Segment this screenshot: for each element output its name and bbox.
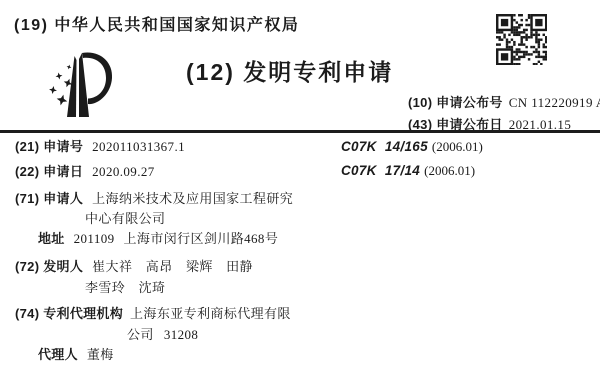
agent-label: 代理人 xyxy=(38,347,78,363)
ipc-version-1: (2006.01) xyxy=(432,139,483,155)
office-name: (19) 中华人民共和国国家知识产权局 xyxy=(14,12,299,35)
address-postcode: 201109 xyxy=(74,231,115,247)
ipc-entry-2: C07K 17/14 (2006.01) xyxy=(341,163,475,179)
inventors-label: (72) 发明人 xyxy=(15,259,83,275)
application-date-line: (22) 申请日 2020.09.27 xyxy=(15,164,155,180)
inventors-line: (72) 发明人 崔大祥 高昂 梁辉 田静 xyxy=(15,259,253,275)
logo-star-1 xyxy=(66,64,72,70)
document-title: (12) 发明专利申请 xyxy=(186,54,393,87)
application-number-label: (21) 申请号 xyxy=(15,139,83,155)
agency-code: 31208 xyxy=(164,327,199,343)
cnipa-logo-icon xyxy=(48,50,118,120)
publication-number-label: (10) 申请公布号 xyxy=(408,92,503,111)
agency-line-2: 公司 31208 xyxy=(127,327,198,343)
ipc-code-1: C07K 14/165 xyxy=(341,139,428,155)
applicant-name-line1: 上海纳米技术及应用国家工程研究 xyxy=(92,191,293,207)
publication-number-line: (10) 申请公布号 CN 112220919 A xyxy=(408,92,600,111)
address-line: 地址 201109 上海市闵行区剑川路468号 xyxy=(38,231,278,247)
header-divider xyxy=(0,130,600,133)
agency-line: (74) 专利代理机构 上海东亚专利商标代理有限 xyxy=(15,306,291,322)
application-date-value: 2020.09.27 xyxy=(92,164,155,180)
application-number-line: (21) 申请号 202011031367.1 xyxy=(15,139,185,155)
publication-block: (10) 申请公布号 CN 112220919 A (43) 申请公布日 202… xyxy=(408,92,600,133)
qr-code xyxy=(496,14,548,66)
logo-star-2 xyxy=(55,72,63,80)
agent-name: 董梅 xyxy=(87,347,114,363)
application-date-label: (22) 申请日 xyxy=(15,164,83,180)
applicant-label: (71) 申请人 xyxy=(15,191,83,207)
applicant-line-2: 中心有限公司 xyxy=(85,211,165,227)
applicant-name-line2: 中心有限公司 xyxy=(85,211,165,227)
application-number-value: 202011031367.1 xyxy=(92,139,185,155)
agency-label: (74) 专利代理机构 xyxy=(15,306,123,322)
ipc-entry-1: C07K 14/165 (2006.01) xyxy=(341,139,483,155)
agency-name-line2: 公司 xyxy=(127,327,154,343)
ipc-code-2: C07K 17/14 xyxy=(341,163,420,179)
logo-star-4 xyxy=(48,85,57,94)
inventors-names-line2: 李雪玲 沈琦 xyxy=(85,280,165,296)
agency-name-line1: 上海东亚专利商标代理有限 xyxy=(130,306,291,322)
logo-right-tower xyxy=(79,53,89,117)
publication-number-value: CN 112220919 A xyxy=(509,95,600,111)
address-value: 上海市闵行区剑川路468号 xyxy=(124,231,279,247)
inventors-names-line1: 崔大祥 高昂 梁辉 田静 xyxy=(92,259,253,275)
logo-left-tower xyxy=(67,56,77,117)
logo-star-5 xyxy=(55,93,68,106)
applicant-line: (71) 申请人 上海纳米技术及应用国家工程研究 xyxy=(15,191,293,207)
inventors-line-2: 李雪玲 沈琦 xyxy=(85,280,165,296)
agent-line: 代理人 董梅 xyxy=(38,347,114,363)
ipc-version-2: (2006.01) xyxy=(424,163,475,179)
address-label: 地址 xyxy=(38,231,65,247)
